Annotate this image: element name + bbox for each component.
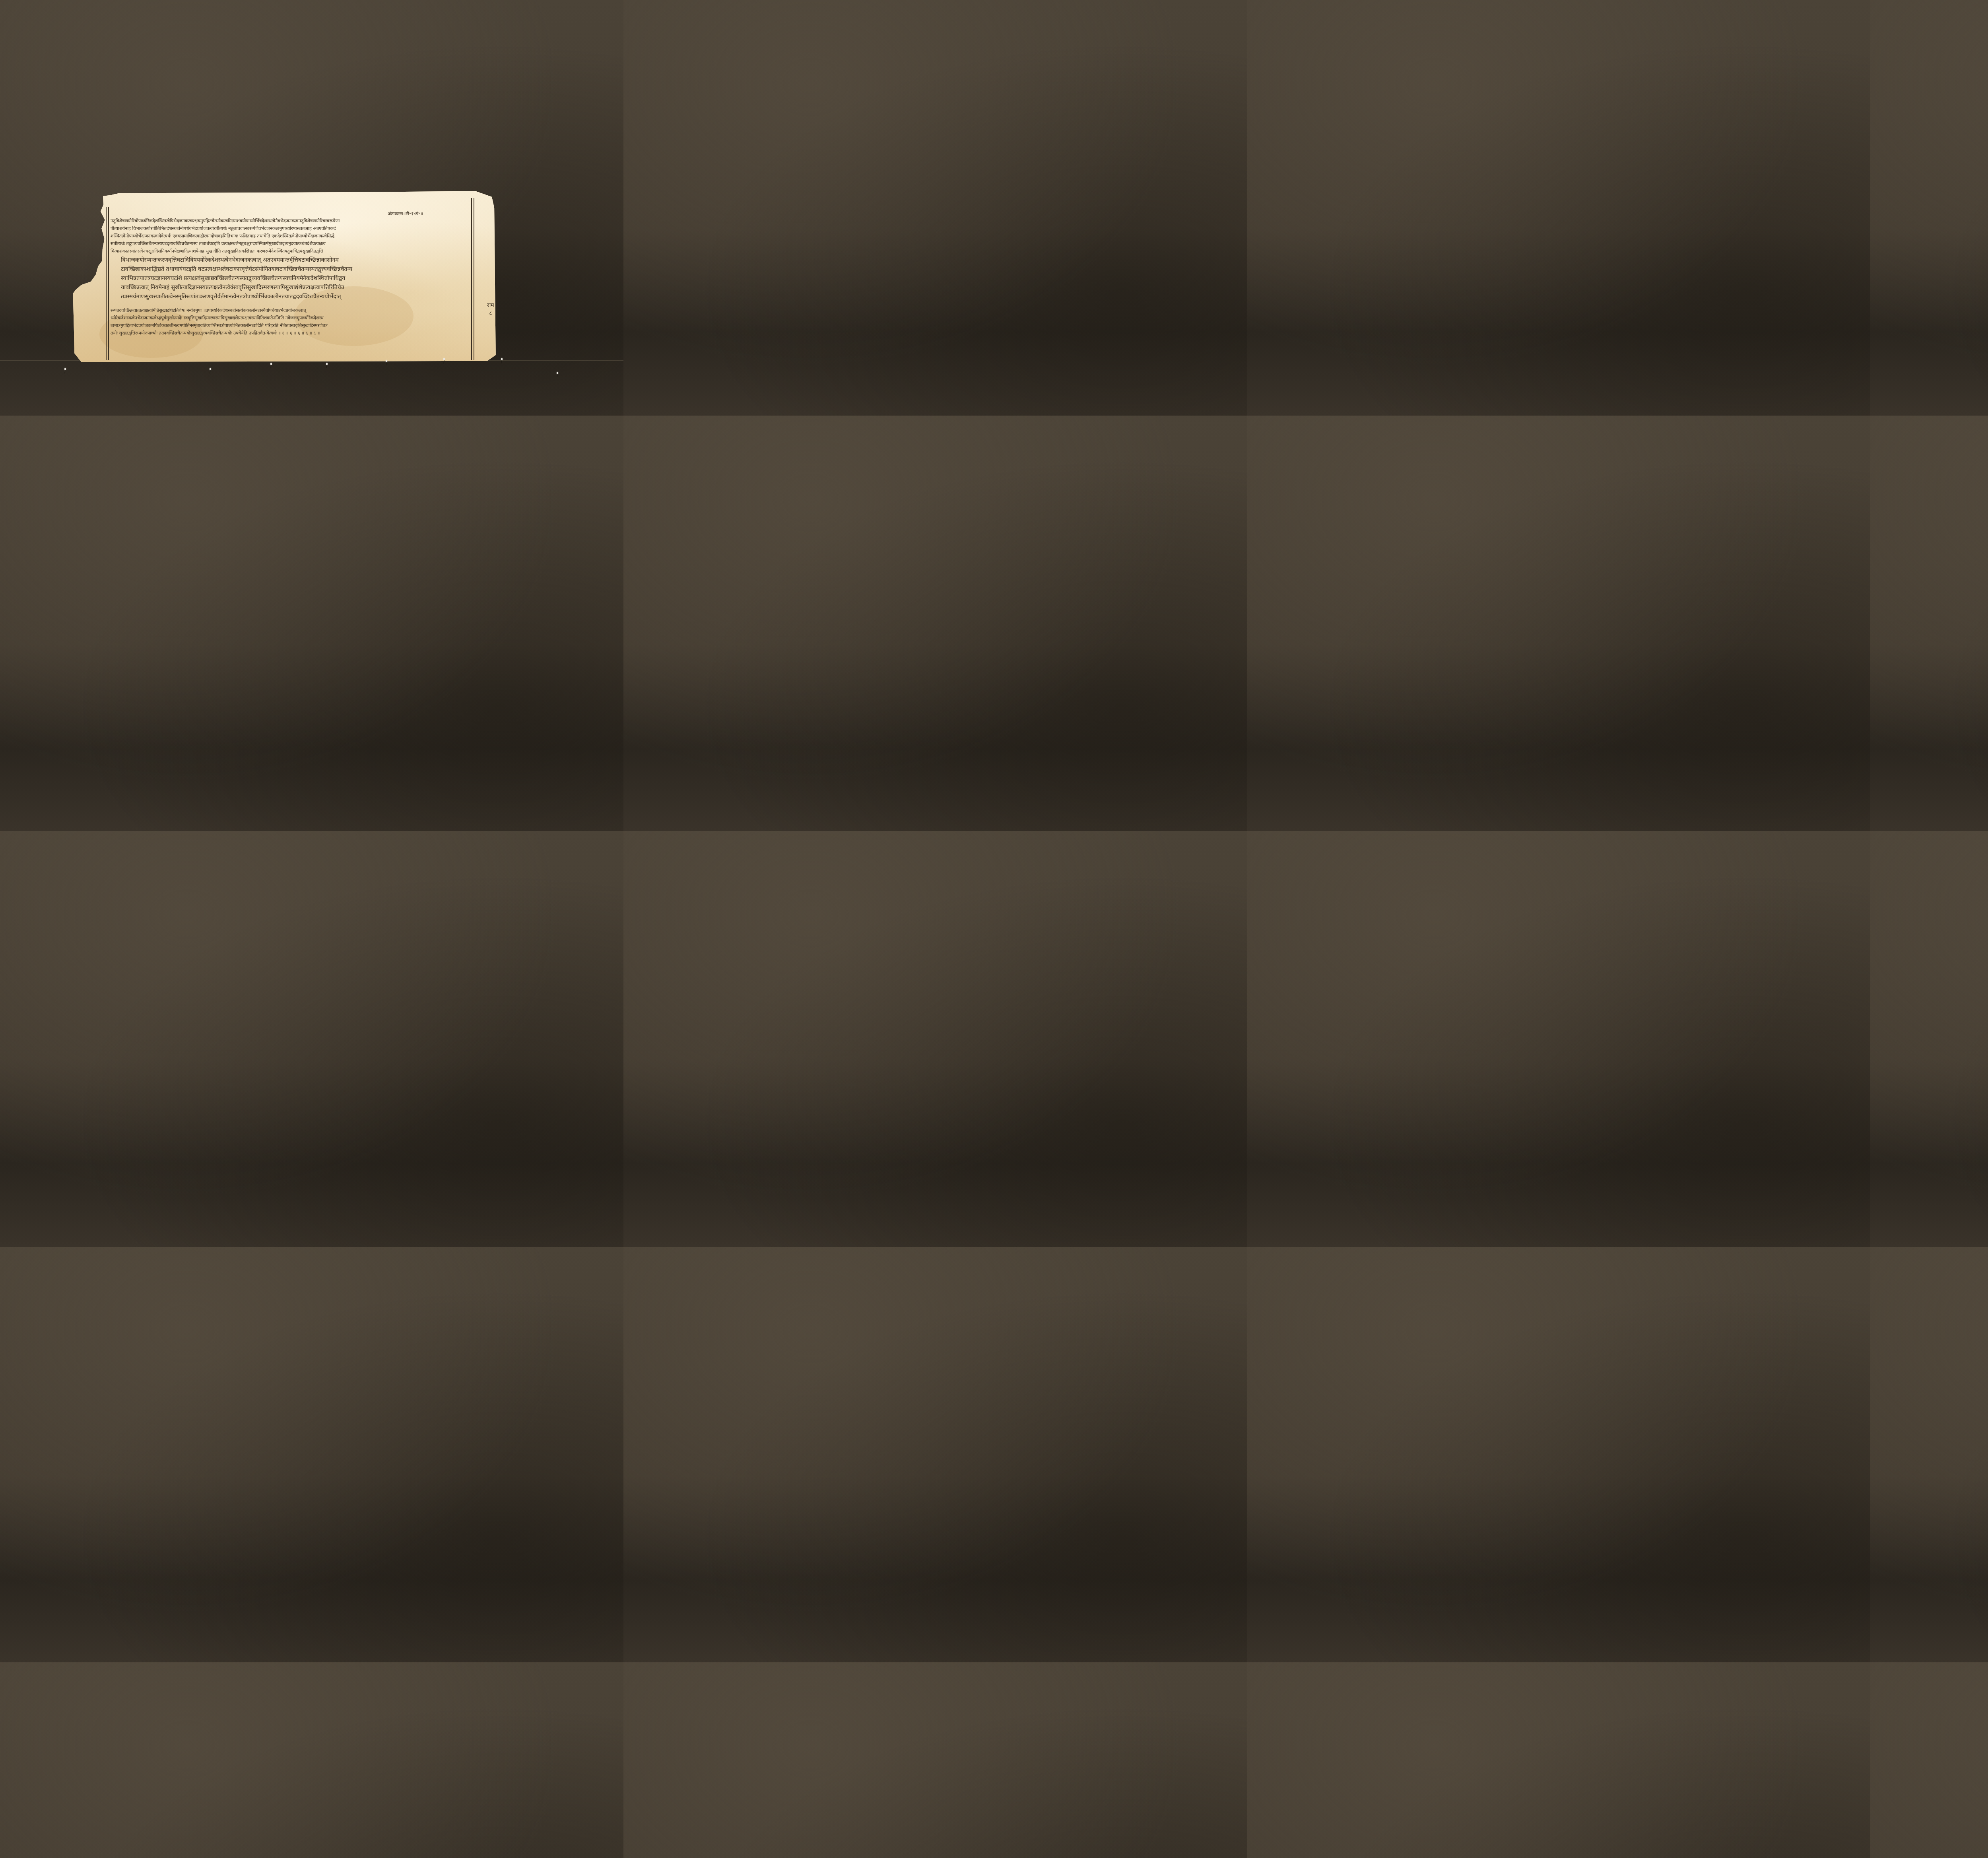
left-border-rule	[106, 207, 107, 360]
commentary-line: पीत्याशयेनाह विभाजकयोरपीतिभिन्नदेशस्थत्व…	[111, 225, 470, 232]
commentary-line: शस्थितत्वेनोपाध्योर्भेदाजनकत्वादेवेत्यर्…	[111, 232, 470, 240]
main-text-line: यावच्छिन्नत्वात् नियमेनाहं सुखीत्यादिज्ञ…	[111, 283, 470, 292]
commentary-line: ध्योरेकदेशस्थत्वेनभेदाजनकत्वेऽहंपूर्वंसु…	[111, 314, 470, 322]
left-border-rule	[108, 207, 109, 360]
commentary-line: तयोः सुखतद्वृत्तिरूपयोरुपाध्योः ततदवच्छि…	[111, 329, 470, 337]
commentary-bottom-block: रूपंतदवच्छिन्नत्वात्प्रत्यक्षत्वमितिसुखा…	[111, 307, 470, 337]
main-text-line: टावच्छिन्नाकाशाद्भिद्यते तथाचायंघटइति घट…	[111, 265, 470, 274]
main-text-line: विभाजकयोरप्यन्तःकरणवृत्तिघटादिविषययोरेकद…	[111, 256, 470, 265]
commentary-line: नतुविशेषणयोरिवोपाध्योरेकदेशस्थितत्वेपिभे…	[111, 217, 470, 225]
commentary-line: त्वमात्रमुपहिताभेदप्रयोजकमपित्वेककालीनत्…	[111, 322, 470, 329]
pin-icon	[443, 358, 445, 360]
margin-word: राम	[487, 301, 494, 309]
main-text-line: स्याभिन्नतयातत्रघटज्ञानस्यघटांशे प्रत्यक…	[111, 274, 470, 283]
leaf-number: ८	[487, 309, 494, 317]
pin-icon	[326, 363, 328, 365]
manuscript-leaf: अंतःकरण॥टी॰१४पं॰॥ नतुविशेषणयोरिवोपाध्योर…	[72, 191, 555, 362]
pin-icon	[64, 368, 66, 370]
pin-icon	[557, 372, 558, 374]
margin-note: राम ८	[487, 301, 494, 317]
commentary-line: मित्याशंकातंस्यांतरत्वेनचक्षुरादिसंनिकर्…	[111, 247, 470, 255]
main-text-line: तत्रस्मर्यमाणसुखस्यातीतत्वेनस्मृतिरूपांत…	[111, 292, 470, 301]
commentary-line: रूपंतदवच्छिन्नत्वात्प्रत्यक्षत्वमितिसुखा…	[111, 307, 470, 314]
pin-icon	[270, 363, 272, 365]
main-text-block: विभाजकयोरप्यन्तःकरणवृत्तिघटादिविषययोरेकद…	[111, 256, 470, 301]
right-border-rule	[471, 198, 472, 360]
commentary-top-block: नतुविशेषणयोरिवोपाध्योरेकदेशस्थितत्वेपिभे…	[111, 217, 470, 255]
commentary-line: सतीत्यर्थः तदुपत्यवच्छिन्नचैतन्यस्यघटदृत…	[111, 240, 470, 247]
pin-icon	[210, 368, 211, 370]
page-header: अंतःकरण॥टी॰१४पं॰॥	[388, 211, 423, 217]
right-border-rule	[474, 198, 474, 360]
pin-icon	[386, 360, 387, 362]
pin-icon	[501, 358, 503, 360]
